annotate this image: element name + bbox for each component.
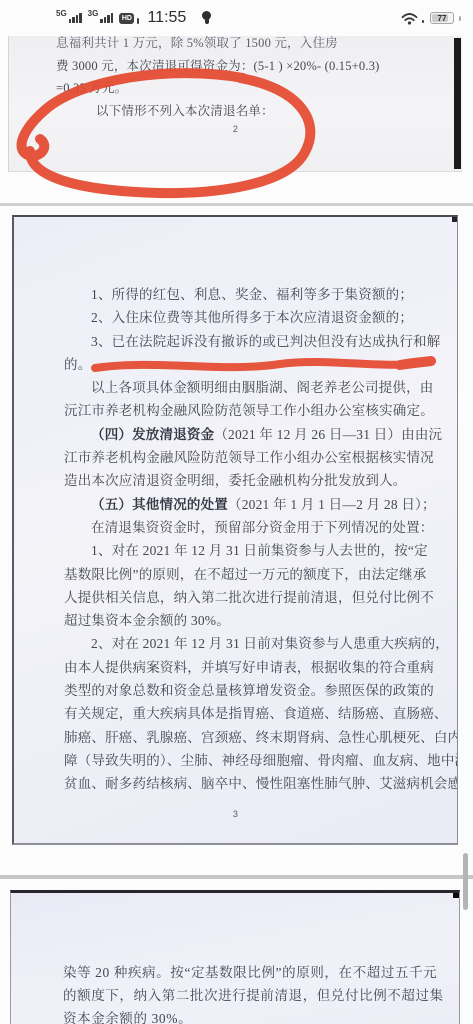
doc2-line: （四）发放清退资金（2021 年 12 月 26 日—31 日）由由沅 xyxy=(64,423,447,446)
photo-divider xyxy=(0,203,473,206)
doc2-line: 超过集资本金余额的 30%。 xyxy=(64,609,447,632)
doc2-line-text: 在清退集资资金时，预留部分资金用于下列情况的处置： xyxy=(91,520,434,535)
document-photo-1[interactable]: 息福利共计 1 万元，除 5%领取了 1500 元，入住房 费 3000 元，本… xyxy=(8,36,462,172)
doc2-line-text: 由本人提供病案资料，并填写好申请表，根据收集的符合重病 xyxy=(64,660,434,675)
wifi-sub-dot-icon xyxy=(422,20,425,23)
flashlight-bulb-icon xyxy=(200,11,213,26)
doc2-line-text: 3、已在法院起诉没有撤诉的或已判决但没有达成执行和解 xyxy=(91,334,440,349)
signal-5g: 5G xyxy=(56,13,82,23)
wifi-icon xyxy=(401,12,418,25)
doc2-line-text: 1、所得的红包、利息、奖金、福利等多于集资额的； xyxy=(91,287,413,302)
doc2-line-text: 沅江市养老机构金融风险防范领导工作小组办公室核实确定。 xyxy=(64,403,434,418)
signal-5g-label: 5G xyxy=(56,9,67,18)
doc2-line-heading: （五）其他情况的处置 xyxy=(91,497,228,512)
status-bar-left: 5G 3G HD 11:55 xyxy=(56,9,213,27)
doc2-line-text: （2021 年 12 月 26 日—31 日）由由沅 xyxy=(214,427,442,442)
doc2-line: 的。 xyxy=(64,353,447,376)
doc2-line: 2、入住床位费等其他所得多于本次应清退资金额的； xyxy=(64,306,447,329)
scrollbar-thumb[interactable] xyxy=(463,853,468,910)
doc2-line: 江市养老机构金融风险防范领导工作小组办公室根据核实情况 xyxy=(64,446,447,469)
signal-bars-icon xyxy=(69,13,82,23)
document-photo-3[interactable]: 染等 20 种疾病。按“定基数限比例”的原则，在不超过五千元 的额度下，纳入第二… xyxy=(10,890,460,1024)
doc2-line: 在清退集资资金时，预留部分资金用于下列情况的处置： xyxy=(64,516,447,539)
battery-icon: 77 xyxy=(430,12,454,24)
doc2-line-text: 造出本次应清退资金明细，委托金融机构分批发放到人。 xyxy=(64,473,407,488)
signal-3g-label: 3G xyxy=(88,9,99,18)
doc2-line-text: 障（导致失明的）、尘肺、神经母细胞瘤、骨肉瘤、血友病、地中海 xyxy=(64,753,458,768)
doc3-line: 的额度下，纳入第二批次进行提前清退，但兑付比例不超过集 xyxy=(63,984,447,1007)
battery-percent: 77 xyxy=(431,13,453,23)
volte-tick-icon xyxy=(137,18,139,24)
doc2-line: 1、所得的红包、利息、奖金、福利等多于集资额的； xyxy=(64,283,447,306)
doc2-line-text: 超过集资本金余额的 30%。 xyxy=(64,613,230,628)
signal-bars-icon xyxy=(100,13,113,23)
doc2-line-text: 1、对在 2021 年 12 月 31 日前集资参与人去世的，按“定 xyxy=(91,543,428,558)
doc1-line: 以下情形不列入本次清退名单： xyxy=(56,103,448,119)
doc2-line-heading: （四）发放清退资金 xyxy=(91,427,214,442)
doc2-line: 有关规定，重大疾病具体是指胃癌、食道癌、结肠癌、直肠癌、 xyxy=(64,702,447,725)
doc2-line: 基数限比例”的原则，在不超过一万元的额度下，由法定继承 xyxy=(64,563,447,586)
status-bar-right: 77 xyxy=(401,12,462,25)
doc2-line-text: 有关规定，重大疾病具体是指胃癌、食道癌、结肠癌、直肠癌、 xyxy=(64,706,448,721)
doc2-line-text: 江市养老机构金融风险防范领导工作小组办公室根据核实情况 xyxy=(64,450,434,465)
doc2-line-text: 人提供相关信息，纳入第二批次进行提前清退，但兑付比例不 xyxy=(64,590,434,605)
doc2-line-text: 贫血、耐多药结核病、脑卒中、慢性阻塞性肺气肿、艾滋病机会感 xyxy=(64,776,458,791)
doc2-line: 沅江市养老机构金融风险防范领导工作小组办公室核实确定。 xyxy=(64,399,447,422)
doc2-line-text: 2、入住床位费等其他所得多于本次应清退资金额的； xyxy=(91,310,413,325)
hd-badge: HD xyxy=(119,13,134,24)
doc1-line: =0.35 万元。 xyxy=(56,80,448,96)
page-number: 3 xyxy=(14,809,457,819)
doc2-line: 以上各项具体金额明细由胭脂湖、阁老养老公司提供，由 xyxy=(64,376,447,399)
doc2-line: 2、对在 2021 年 12 月 31 日前对集资参与人患重大疾病的， xyxy=(64,632,447,655)
doc2-line: 3、已在法院起诉没有撤诉的或已判决但没有达成执行和解 xyxy=(64,330,447,353)
doc2-line-text: 类型的对象总数和资金总量核算增发资金。参照医保的政策的 xyxy=(64,683,434,698)
status-bar: 5G 3G HD 11:55 77 xyxy=(0,0,473,34)
doc2-line-text: 2、对在 2021 年 12 月 31 日前对集资参与人患重大疾病的， xyxy=(91,636,449,651)
doc3-line: 染等 20 种疾病。按“定基数限比例”的原则，在不超过五千元 xyxy=(63,961,447,984)
doc2-line: （五）其他情况的处置（2021 年 1 月 1 日—2 月 28 日）； xyxy=(64,493,447,516)
doc2-line-text: （2021 年 1 月 1 日—2 月 28 日）； xyxy=(228,497,436,512)
doc2-line-text: 肺癌、肝癌、乳腺癌、宫颈癌、终末期肾病、急性心肌梗死、白内 xyxy=(64,730,458,745)
doc2-text-block: 1、所得的红包、利息、奖金、福利等多于集资额的；2、入住床位费等其他所得多于本次… xyxy=(64,283,447,796)
document-photo-2[interactable]: 1、所得的红包、利息、奖金、福利等多于集资额的；2、入住床位费等其他所得多于本次… xyxy=(12,215,458,845)
doc2-line: 造出本次应清退资金明细，委托金融机构分批发放到人。 xyxy=(64,469,447,492)
doc2-line-text: 以上各项具体金额明细由胭脂湖、阁老养老公司提供，由 xyxy=(91,380,434,395)
doc2-line-text: 基数限比例”的原则，在不超过一万元的额度下，由法定继承 xyxy=(64,567,426,582)
page-edge-shadow xyxy=(454,38,461,169)
doc2-line: 1、对在 2021 年 12 月 31 日前集资参与人去世的，按“定 xyxy=(64,539,447,562)
doc1-line: 费 3000 元，本次清退可得资金为：(5-1 ) ×20%- (0.15+0.… xyxy=(56,58,448,74)
phone-screen: 5G 3G HD 11:55 77 xyxy=(0,0,473,1024)
doc2-line: 贫血、耐多药结核病、脑卒中、慢性阻塞性肺气肿、艾滋病机会感 xyxy=(64,772,447,795)
doc1-cut-line: 息福利共计 1 万元，除 5%领取了 1500 元，入住房 xyxy=(56,36,448,51)
doc2-line: 人提供相关信息，纳入第二批次进行提前清退，但兑付比例不 xyxy=(64,586,447,609)
doc2-line: 类型的对象总数和资金总量核算增发资金。参照医保的政策的 xyxy=(64,679,447,702)
doc3-line: 资本金余额的 30%。 xyxy=(63,1007,447,1024)
photo-divider xyxy=(0,875,473,879)
page-number: 2 xyxy=(9,124,462,134)
doc2-line-text: 的。 xyxy=(64,357,91,372)
doc2-line: 障（导致失明的）、尘肺、神经母细胞瘤、骨肉瘤、血友病、地中海 xyxy=(64,749,447,772)
doc2-line: 由本人提供病案资料，并填写好申请表，根据收集的符合重病 xyxy=(64,656,447,679)
doc2-line: 肺癌、肝癌、乳腺癌、宫颈癌、终末期肾病、急性心肌梗死、白内 xyxy=(64,726,447,749)
battery-cap xyxy=(459,16,461,21)
clock: 11:55 xyxy=(147,9,186,27)
signal-3g: 3G xyxy=(88,13,114,23)
